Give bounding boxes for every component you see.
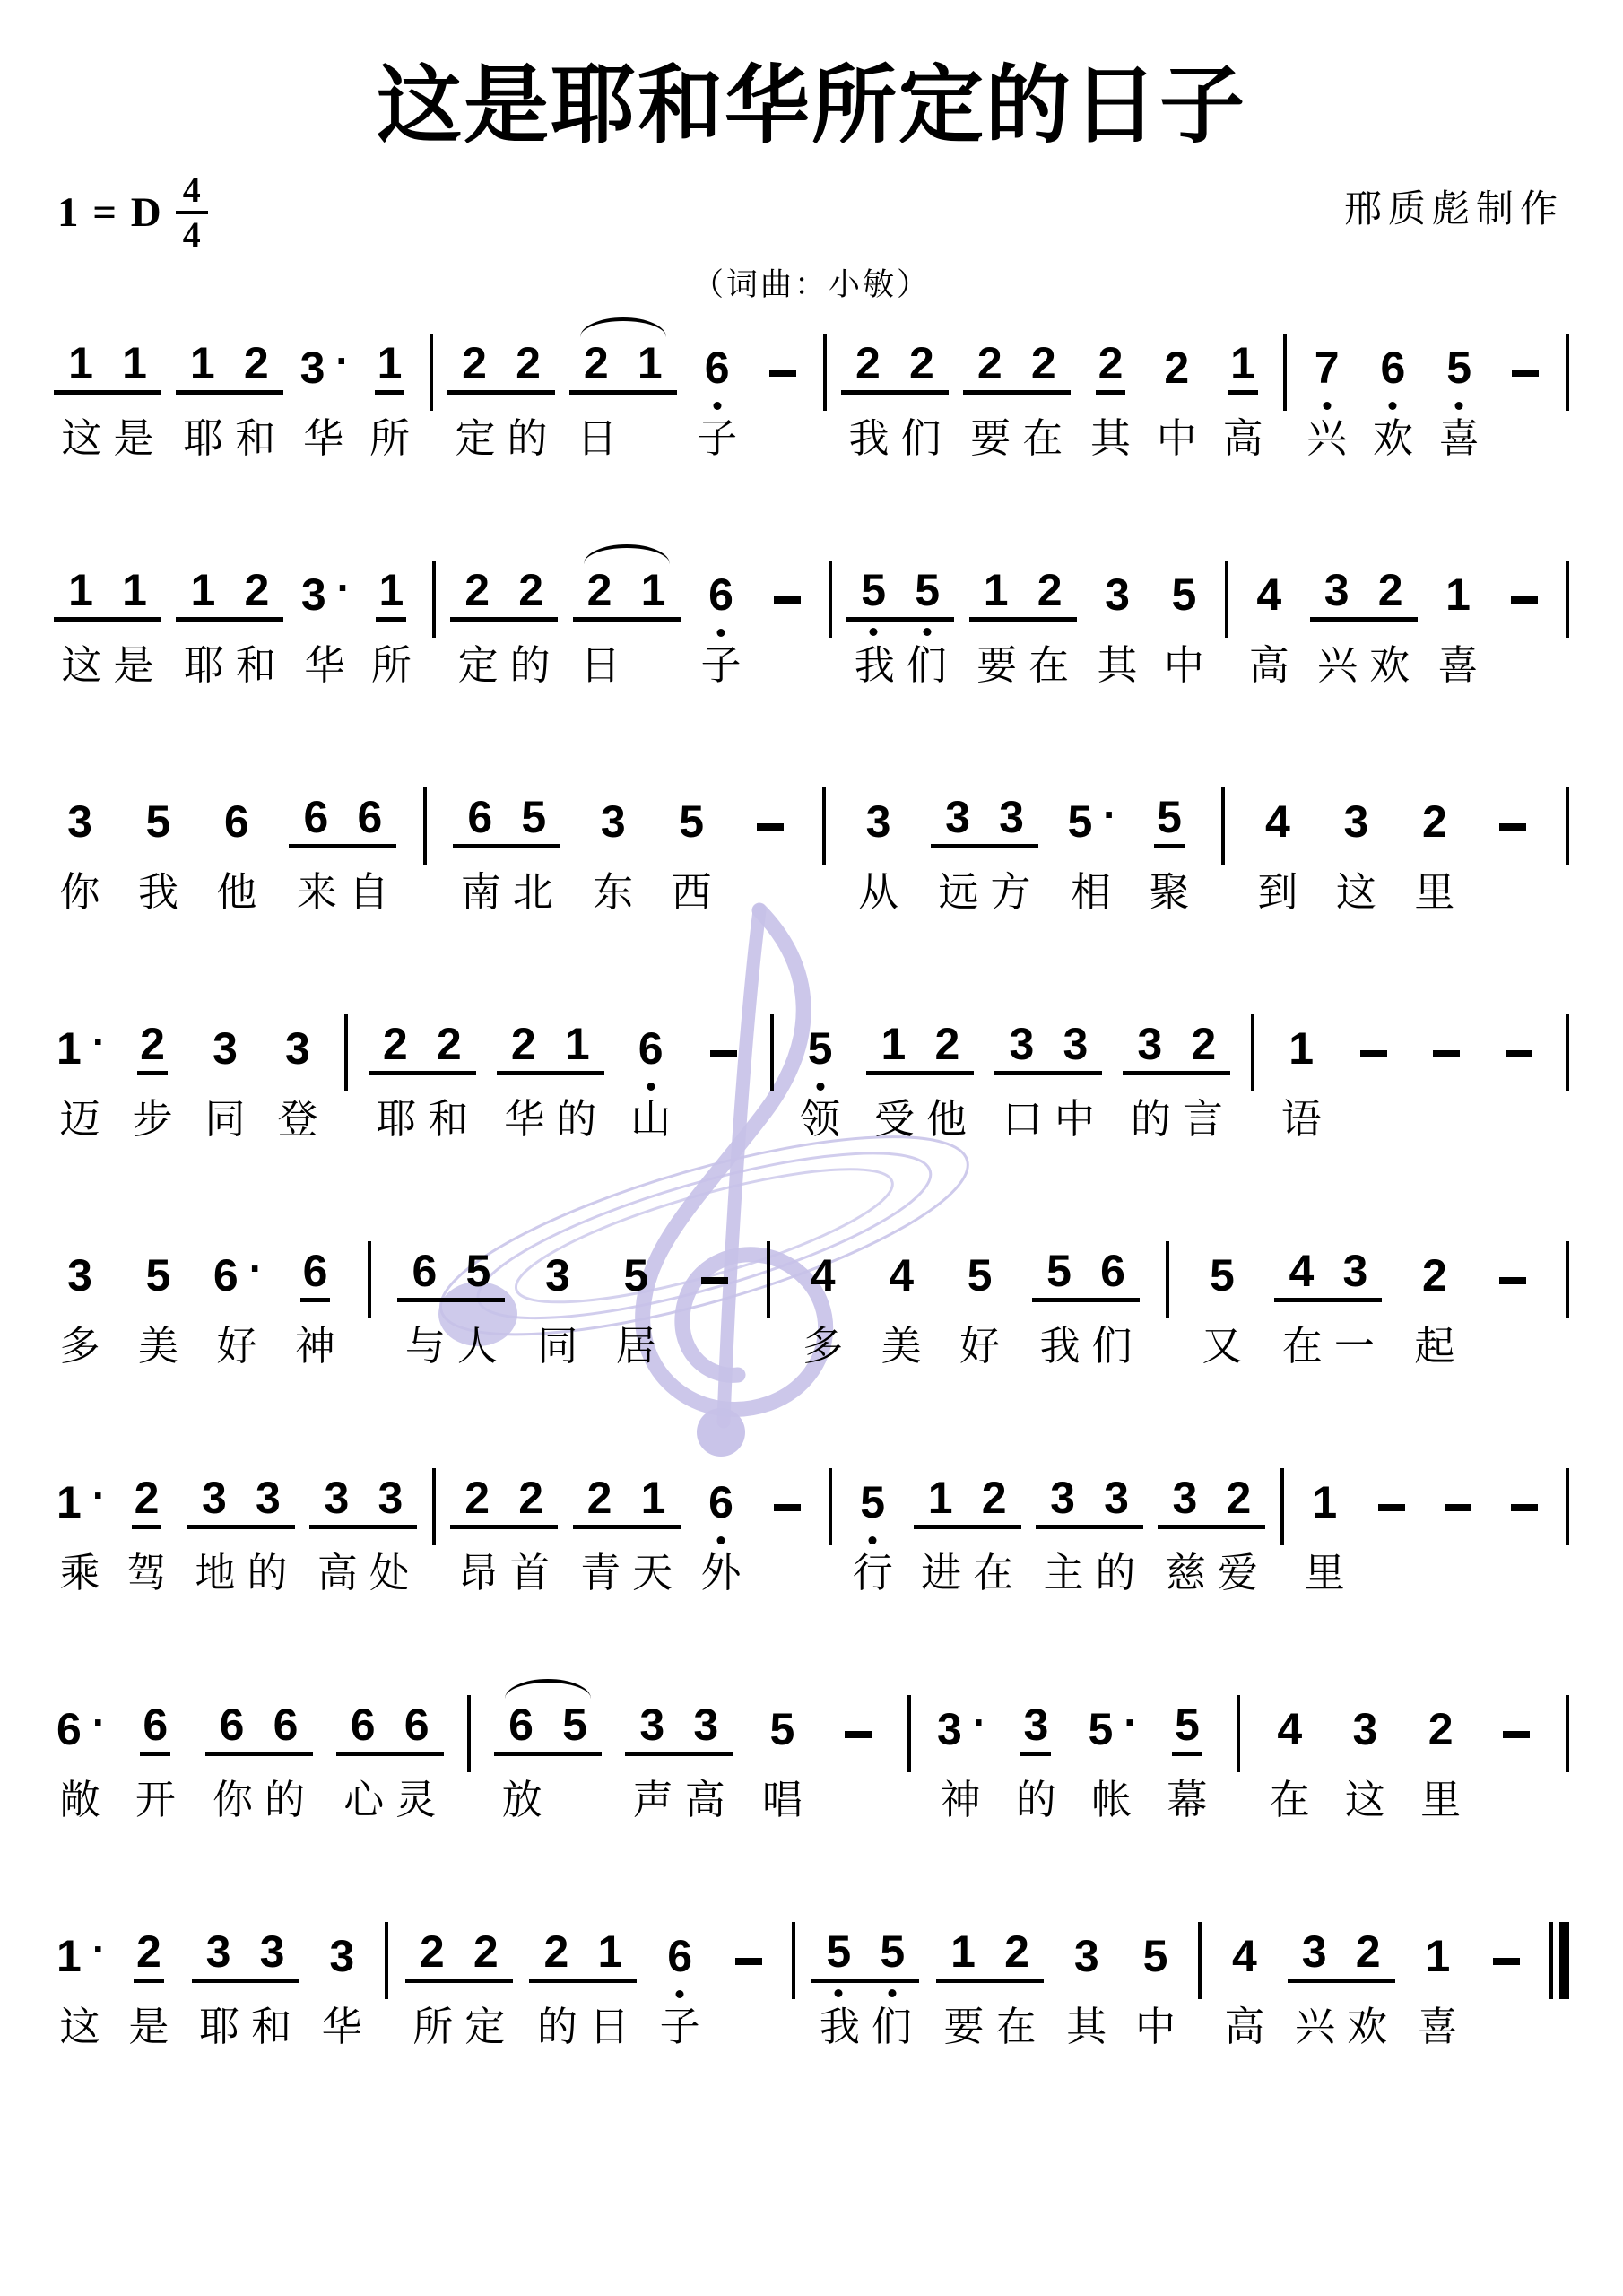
note-1: 1语: [1275, 1011, 1327, 1144]
lyric: 居: [610, 1324, 662, 1370]
note-6: 6神: [290, 1238, 342, 1370]
sustain-dash: [1420, 1011, 1472, 1144]
lyric: 和: [422, 1097, 474, 1144]
note-6: 6: [397, 1248, 451, 1298]
note-1: 1: [936, 1929, 990, 1979]
note-6: 6: [289, 795, 343, 844]
lyric: 美: [132, 1324, 184, 1370]
beam-group: 22定的: [450, 557, 558, 690]
meter-denominator: 4: [176, 211, 208, 253]
lyric: [1498, 643, 1550, 690]
note-2: 2: [405, 1929, 459, 1979]
lyric: 欢: [1364, 643, 1416, 690]
note-3: 3·华: [298, 330, 350, 463]
note-3: 3: [192, 1929, 246, 1979]
augmentation-dot: ·: [92, 1701, 106, 1743]
augmentation-dot: ·: [973, 1701, 986, 1743]
lyric: 高: [1219, 2005, 1271, 2051]
note-1: 1: [176, 568, 230, 617]
sheet-music-page: 这是耶和华所定的日子 1 = D 4 4 邢质彪制作 （词曲：小敏） 11这是1…: [0, 0, 1623, 2296]
note-5: 5: [900, 568, 954, 617]
barline: [1225, 557, 1228, 638]
lyric: 多: [54, 1324, 106, 1370]
barline: [1566, 330, 1569, 411]
barline: [368, 1238, 371, 1318]
key-label: 1 = D: [57, 188, 163, 237]
lyric: 高: [679, 1778, 731, 1824]
lyric: 子: [654, 2005, 706, 2051]
note-2: 2: [459, 1929, 513, 1979]
note-3: 3这: [1330, 784, 1382, 917]
note-2: 2: [504, 1475, 558, 1525]
lyric: 耶: [370, 1097, 422, 1144]
note-5: 5: [846, 568, 900, 617]
lyric: 美: [875, 1324, 927, 1370]
lyric: [761, 643, 813, 690]
lyric: 山: [625, 1097, 677, 1144]
note-4: 4多: [797, 1238, 849, 1370]
lyric: 其: [1091, 643, 1143, 690]
beam-group: 21华的: [497, 1011, 604, 1144]
note-1: 1·这: [54, 1918, 106, 2051]
lyric: 行: [846, 1551, 898, 1597]
low-octave-dot: [716, 629, 725, 637]
note-2: 2: [1364, 568, 1418, 617]
song-title: 这是耶和华所定的日子: [0, 38, 1623, 160]
lyric: 是: [108, 416, 160, 463]
lyric: 子: [691, 416, 743, 463]
note-5: 5: [451, 1248, 505, 1298]
beam-group-slur: 21日: [569, 330, 677, 463]
note-3: 3同: [532, 1238, 584, 1370]
lyric: 中: [1048, 1097, 1100, 1144]
note-6: 6子: [654, 1918, 706, 2051]
note-1: 1高: [1217, 330, 1269, 463]
lyric: 耶: [178, 416, 230, 463]
note-2: 2: [450, 1475, 504, 1525]
lyric: 的: [501, 416, 553, 463]
lyric: 所: [365, 643, 417, 690]
note-3: 3的: [1010, 1692, 1062, 1824]
note-3: 3: [1328, 1248, 1382, 1298]
lyric: 兴: [1289, 2005, 1341, 2051]
note-5: 5·帐: [1086, 1692, 1138, 1824]
note-3: 3: [241, 1475, 295, 1525]
note-3: 3: [1123, 1022, 1176, 1071]
lyric: 喜: [1411, 2005, 1463, 2051]
lyric: 方: [985, 870, 1037, 917]
beam-group: 33高处: [309, 1465, 417, 1597]
note-1: 1: [176, 341, 230, 390]
lyric: 所: [363, 416, 415, 463]
augmentation-dot: ·: [335, 340, 349, 381]
lyric: 一: [1328, 1324, 1380, 1370]
note-2: 2: [529, 1929, 583, 1979]
note-2: 2: [447, 341, 501, 390]
note-1: 1所: [363, 330, 415, 463]
note-5: 5: [1032, 1248, 1086, 1298]
sustain-dash: [723, 1918, 775, 2051]
system-1: 11这是12耶和3·华1所22定的21日 6子 22我们22要在2其2中1高7兴…: [54, 330, 1569, 557]
note-2: 2: [990, 1929, 1044, 1979]
barline: [1566, 557, 1569, 638]
low-octave-dot: [1389, 402, 1397, 410]
note-3: 3: [679, 1702, 733, 1752]
sustain-dash: [744, 784, 796, 917]
lyric: 日: [583, 2005, 635, 2051]
lyric: 又: [1196, 1324, 1248, 1370]
lyric: [1498, 1551, 1550, 1597]
note-5: 5好: [954, 1238, 1006, 1370]
beam-group: 12要在: [936, 1918, 1044, 2051]
low-octave-dot: [1455, 402, 1463, 410]
lyric: 到: [1252, 870, 1304, 917]
beam-group: 32兴欢: [1288, 1918, 1395, 2051]
sustain-dash: [698, 1011, 750, 1144]
beam-group-slur: 21日: [573, 557, 681, 690]
lyric: 定: [452, 643, 504, 690]
note-3: 3·华: [299, 557, 351, 690]
lyric: [623, 416, 675, 463]
beam-group: 33耶和: [192, 1918, 299, 2051]
note-2: 2中: [1150, 330, 1202, 463]
sustain-dash: [1499, 330, 1551, 463]
lyric: 好: [954, 1324, 1006, 1370]
sustain-dash: [689, 1238, 741, 1370]
barline: [385, 1918, 388, 1999]
note-3: 3·神: [934, 1692, 986, 1824]
note-5: 5唱: [756, 1692, 808, 1824]
beam-group: 33口中: [994, 1011, 1102, 1144]
lyric: 与: [399, 1324, 451, 1370]
lyric: 这: [56, 643, 108, 690]
note-5: 5中: [1129, 1918, 1181, 2051]
note-1: 1: [627, 1475, 681, 1525]
sustain-dash: [1498, 1465, 1550, 1597]
beam-group: 55我们: [846, 557, 954, 690]
beam-group-slur: 65放: [494, 1692, 602, 1824]
note-5: 5美: [132, 1238, 184, 1370]
note-1: 1: [627, 568, 681, 617]
system-6: 1·乘2驾33地的33高处22昂首21青天6外 5行12进在33主的32慈爱1里: [54, 1465, 1569, 1692]
note-2: 2: [230, 568, 283, 617]
lyric: 心: [338, 1778, 390, 1824]
lyric: [757, 416, 809, 463]
lyric: 聚: [1143, 870, 1195, 917]
lyric: 爱: [1211, 1551, 1263, 1597]
sustain-dash: [1490, 1692, 1542, 1824]
note-6: 6: [259, 1702, 313, 1752]
barline: [1198, 1918, 1202, 1999]
note-5: 5喜: [1433, 330, 1485, 463]
note-2: 2: [450, 568, 504, 617]
note-4: 4高: [1219, 1918, 1271, 2051]
lyric: 中: [1129, 2005, 1181, 2051]
note-5: 5: [507, 795, 560, 844]
lyric: 人: [451, 1324, 503, 1370]
lyric: 唱: [756, 1778, 808, 1824]
note-2: 2驾: [121, 1465, 173, 1597]
lyric: 的: [504, 643, 556, 690]
beam-group: 32的言: [1123, 1011, 1230, 1144]
note-5: 5: [548, 1702, 602, 1752]
beam-group: 11这是: [54, 330, 161, 463]
lyric: [1432, 1551, 1484, 1597]
note-6: 6他: [211, 784, 263, 917]
lyric: 们: [1086, 1324, 1138, 1370]
note-3: 3你: [54, 784, 106, 917]
low-octave-dot: [647, 1083, 655, 1091]
beam-group: 22要在: [963, 330, 1071, 463]
lyric: 同: [532, 1324, 584, 1370]
augmentation-dot: ·: [1124, 1701, 1137, 1743]
note-2: 2: [1341, 1929, 1395, 1979]
lyric: 中: [1150, 416, 1202, 463]
lyric: 欢: [1341, 2005, 1393, 2051]
lyric: 在: [968, 1551, 1020, 1597]
note-1: 1: [583, 1929, 637, 1979]
lyric: [832, 1778, 884, 1824]
barline: [1237, 1692, 1240, 1772]
barline: [1221, 784, 1225, 865]
sustain-dash: [1498, 557, 1550, 690]
lyric: 的: [1089, 1551, 1141, 1597]
note-2: 2: [573, 568, 627, 617]
barline: [467, 1692, 471, 1772]
note-1: 1: [551, 1022, 604, 1071]
note-6: 6外: [695, 1465, 747, 1597]
barline: [432, 557, 436, 638]
system-4: 1·迈2步3同3登22耶和21华的6山 5领12受他33口中32的言1语: [54, 1011, 1569, 1238]
note-3: 3东: [587, 784, 639, 917]
note-2: 2其: [1085, 330, 1137, 463]
beam-group: 66你的: [205, 1692, 313, 1824]
note-2: 2步: [126, 1011, 178, 1144]
note-4: 4在: [1263, 1692, 1315, 1824]
beam-group: 33声高: [625, 1692, 733, 1824]
augmentation-dot: ·: [249, 1248, 263, 1289]
note-2: 2: [230, 341, 283, 390]
lyric: 相: [1065, 870, 1117, 917]
lyric: 同: [199, 1097, 251, 1144]
note-3: 3: [363, 1475, 417, 1525]
note-6: 6山: [625, 1011, 677, 1144]
lyric: 耶: [178, 643, 230, 690]
note-6: 6子: [691, 330, 743, 463]
lyric: [1493, 1097, 1545, 1144]
augmentation-dot: ·: [92, 1928, 106, 1970]
note-3: 3华: [316, 1918, 368, 2051]
lyric: 和: [246, 2005, 298, 2051]
meter-numerator: 4: [176, 172, 208, 211]
lyric: 华: [316, 2005, 368, 2051]
low-octave-dot: [924, 628, 932, 636]
note-5: 5: [865, 1929, 919, 1979]
note-1: 1: [54, 341, 108, 390]
lyric: 要: [971, 643, 1023, 690]
lyric: [627, 643, 679, 690]
note-6: 6·敞: [54, 1692, 106, 1824]
lyric: 高: [311, 1551, 363, 1597]
augmentation-dot: ·: [337, 567, 351, 608]
note-6: 6: [343, 795, 396, 844]
system-7: 6·敞6开66你的66心灵65放 33声高5唱 3·神3的5·帐5幕4在3这2里: [54, 1692, 1569, 1918]
lyric: 高: [1217, 416, 1269, 463]
lyric: [1480, 2005, 1532, 2051]
lyric: [761, 1551, 813, 1597]
sustain-dash: [1480, 1918, 1532, 2051]
barline: [1283, 330, 1287, 411]
barline: [1566, 784, 1569, 865]
note-3: 3多: [54, 1238, 106, 1370]
note-1: 1: [623, 341, 677, 390]
note-3: 3其: [1061, 1918, 1113, 2051]
beam-group: 11这是: [54, 557, 161, 690]
low-octave-dot: [869, 1536, 877, 1544]
lyric: 的: [1010, 1778, 1062, 1824]
beam-group: 22定的: [447, 330, 555, 463]
beam-group: 33主的: [1036, 1465, 1143, 1597]
barline: [1566, 1238, 1569, 1318]
barline: [1566, 1692, 1569, 1772]
lyric: 开: [129, 1778, 181, 1824]
lyric: [1420, 1097, 1472, 1144]
lyric: 南: [455, 870, 507, 917]
lyric: [1348, 1097, 1400, 1144]
lyric: 定: [449, 416, 501, 463]
lyric: 你: [207, 1778, 259, 1824]
lyric: 主: [1037, 1551, 1089, 1597]
lyric: 声: [627, 1778, 679, 1824]
lyric: 东: [587, 870, 639, 917]
lyric: 幕: [1161, 1778, 1213, 1824]
lyric: 帐: [1086, 1778, 1138, 1824]
system-5: 3多5美6·好6神65与人3同5居 4多4美5好56我们5又43在一2起: [54, 1238, 1569, 1465]
note-1: 1所: [365, 557, 417, 690]
barline: [1251, 1011, 1254, 1091]
lyric: 远: [933, 870, 985, 917]
lyric: 和: [230, 416, 282, 463]
lyric: 你: [54, 870, 106, 917]
beam-group: 33地的: [187, 1465, 295, 1597]
note-2: 2: [497, 1022, 551, 1071]
barline: [829, 1465, 832, 1545]
note-1: 1: [108, 341, 161, 390]
augmentation-dot: ·: [1103, 794, 1116, 835]
lyric: 是: [108, 643, 160, 690]
beam-group: 12耶和: [176, 557, 283, 690]
lyric: 要: [965, 416, 1017, 463]
note-5: 5幕: [1161, 1692, 1213, 1824]
barline: [430, 330, 433, 411]
barline: [1566, 1465, 1569, 1545]
note-2: 2: [968, 1475, 1021, 1525]
lyric: 这: [54, 2005, 106, 2051]
system-8: 1·这2是33耶和3华22所定21的日6子 55我们12要在3其5中4高32兴欢…: [54, 1918, 1569, 2145]
lyric: 来: [291, 870, 343, 917]
lyric: 放: [496, 1778, 548, 1824]
sustain-dash: [761, 557, 813, 690]
note-3: 3: [246, 1929, 299, 1979]
beam-group: 32慈爱: [1158, 1465, 1265, 1597]
sustain-dash: [1366, 1465, 1418, 1597]
beam-group: 43在一: [1274, 1238, 1382, 1370]
lyric: 的: [1124, 1097, 1176, 1144]
system-3: 3你5我6他66来自65南北3东5西 3从33远方5·相5聚4到3这2里: [54, 784, 1569, 1011]
lyric: 昂: [452, 1551, 504, 1597]
sustain-dash: [1348, 1011, 1400, 1144]
lyric: 灵: [390, 1778, 442, 1824]
lyric: 是: [123, 2005, 175, 2051]
lyric: 我: [848, 643, 900, 690]
beam-group: 66来自: [289, 784, 396, 917]
barline: [432, 1465, 436, 1545]
lyric: 里: [1415, 1778, 1467, 1824]
note-2: 2: [963, 341, 1017, 390]
note-1: 1: [969, 568, 1023, 617]
final-barline: [1549, 1918, 1569, 1999]
note-5: 5聚: [1143, 784, 1195, 917]
note-2: 2是: [123, 1918, 175, 2051]
barline: [822, 784, 826, 865]
note-2: 2: [422, 1022, 476, 1071]
note-2: 2: [504, 568, 558, 617]
beam-group: 22昂首: [450, 1465, 558, 1597]
note-1: 1喜: [1411, 1918, 1463, 2051]
lyric: 外: [695, 1551, 747, 1597]
note-1: 1里: [1298, 1465, 1350, 1597]
low-octave-dot: [835, 1989, 843, 1997]
lyric: 迈: [54, 1097, 106, 1144]
beam-group: 21的日: [529, 1918, 637, 2051]
note-3: 3: [1048, 1022, 1102, 1071]
note-2: 2: [569, 341, 623, 390]
lyric: 在: [1023, 643, 1075, 690]
lyric: 我: [843, 416, 895, 463]
lyric: [1499, 416, 1551, 463]
note-5: 5: [811, 1929, 865, 1979]
lyric: 在: [1276, 1324, 1328, 1370]
note-2: 2: [841, 341, 895, 390]
lyric: 华: [299, 643, 351, 690]
sustain-dash: [1487, 784, 1539, 917]
sustain-dash: [761, 1465, 813, 1597]
lyric: 定: [459, 2005, 511, 2051]
lyric: 的: [259, 1778, 311, 1824]
beam-group: 65与人: [397, 1238, 505, 1370]
note-3: 3: [309, 1475, 363, 1525]
lyric: 天: [627, 1551, 679, 1597]
beam-group: 65南北: [453, 784, 560, 917]
note-2: 2: [1023, 568, 1077, 617]
barline: [1566, 1011, 1569, 1091]
note-3: 3同: [199, 1011, 251, 1144]
note-1: 1: [54, 568, 108, 617]
beam-group: 12受他: [866, 1011, 974, 1144]
lyric: [723, 2005, 775, 2051]
barline: [767, 1238, 770, 1318]
lyric: 这: [1330, 870, 1382, 917]
lyric: 言: [1176, 1097, 1228, 1144]
note-1: 1·乘: [54, 1465, 106, 1597]
lyric: 驾: [121, 1551, 173, 1597]
note-6: 6: [453, 795, 507, 844]
lyric: [1487, 1324, 1539, 1370]
lyric: 其: [1085, 416, 1137, 463]
note-6: 6: [494, 1702, 548, 1752]
lyric: 步: [126, 1097, 178, 1144]
lyric: 其: [1061, 2005, 1113, 2051]
